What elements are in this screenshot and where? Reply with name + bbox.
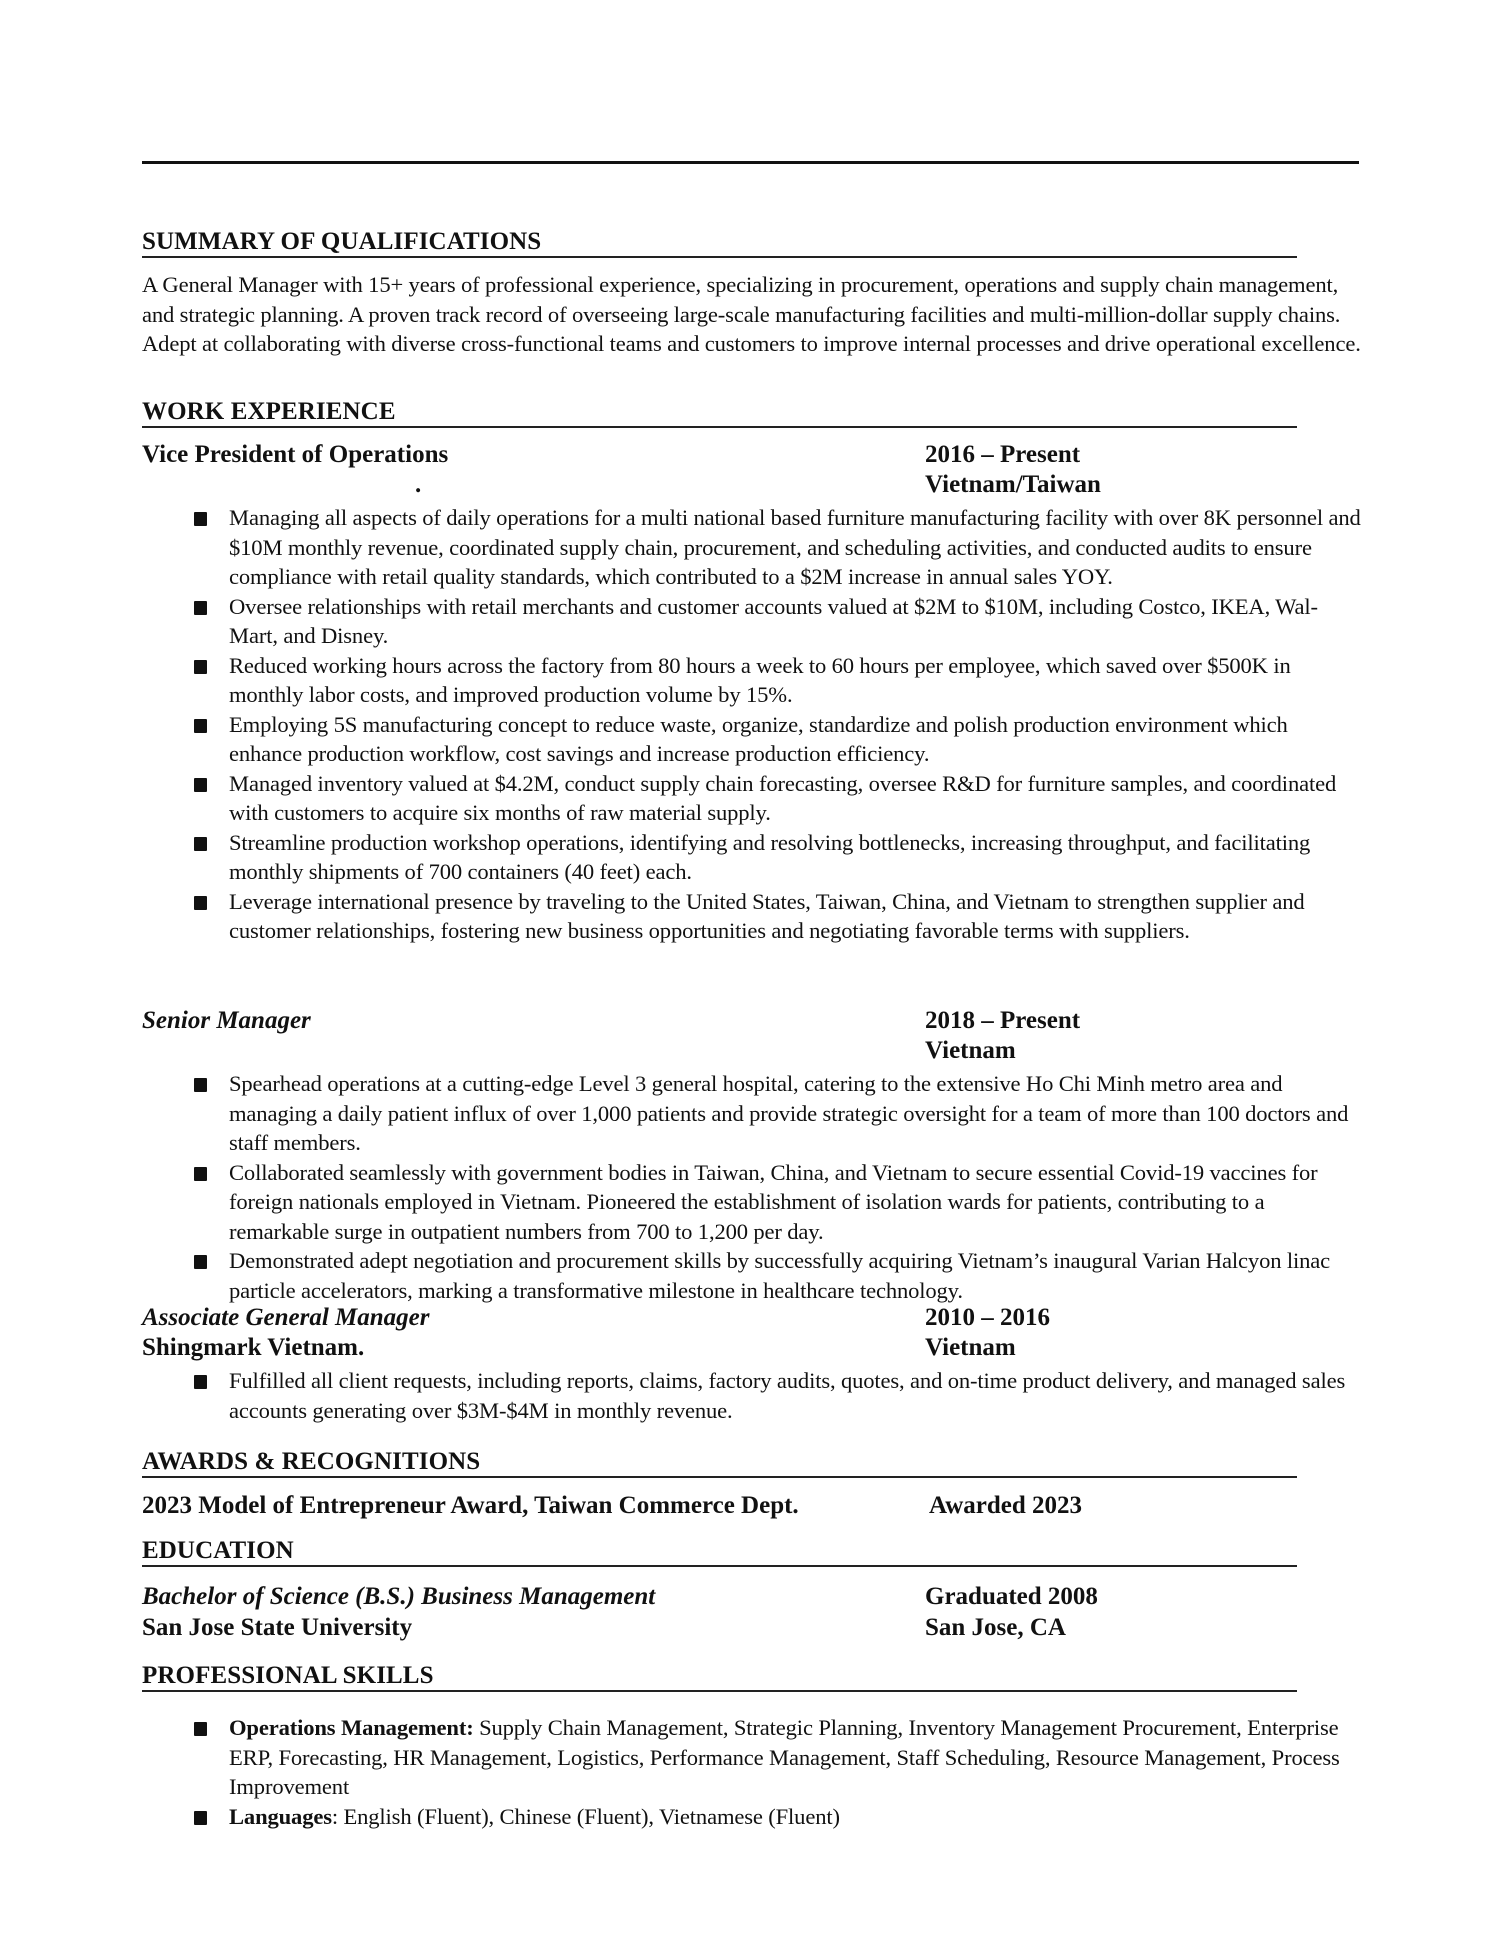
education-degree-row: Bachelor of Science (B.S.) Business Mana… [142,1582,1362,1612]
square-bullet-icon [194,1078,207,1092]
school: San Jose State University [142,1613,412,1643]
skill-item: Languages: English (Fluent), Chinese (Fl… [229,1802,1364,1832]
job-3-bullets: Fulfilled all client requests, including… [229,1366,1364,1425]
job-3-subheader: Shingmark Vietnam. Vietnam [142,1333,1362,1363]
square-bullet-icon [194,896,207,910]
list-item: Managed inventory valued at $4.2M, condu… [229,769,1364,828]
job-dates: 2016 – Present [925,440,1080,470]
square-bullet-icon [194,660,207,674]
job-2-bullets: Spearhead operations at a cutting-edge L… [229,1069,1364,1305]
award-date: Awarded 2023 [929,1491,1082,1521]
square-bullet-icon [194,719,207,733]
list-item: Employing 5S manufacturing concept to re… [229,710,1364,769]
square-bullet-icon [194,1255,207,1269]
job-2-header: Senior Manager 2018 – Present [142,1006,1362,1036]
list-item: Streamline production workshop operation… [229,828,1364,887]
job-company: Shingmark Vietnam. [142,1333,364,1363]
square-bullet-icon [194,512,207,526]
job-title: Senior Manager [142,1006,311,1036]
job-location: Vietnam/Taiwan [925,470,1101,500]
school-location: San Jose, CA [925,1613,1066,1643]
job-3-header: Associate General Manager 2010 – 2016 [142,1303,1362,1333]
job-location: Vietnam [925,1036,1016,1066]
job-1-header: Vice President of Operations 2016 – Pres… [142,440,1362,470]
skill-label: Languages [229,1804,332,1829]
education-school-row: San Jose State University San Jose, CA [142,1613,1362,1643]
skill-label: Operations Management: [229,1715,474,1740]
skills-heading: PROFESSIONAL SKILLS [142,1662,1297,1692]
list-item: Managing all aspects of daily operations… [229,503,1364,592]
awards-heading: AWARDS & RECOGNITIONS [142,1448,1297,1478]
list-item: Collaborated seamlessly with government … [229,1158,1364,1247]
job-title: Vice President of Operations [142,440,448,470]
graduation-date: Graduated 2008 [925,1582,1098,1612]
skills-list: Operations Management: Supply Chain Mana… [229,1713,1364,1831]
job-2-subheader: Vietnam [142,1036,1362,1066]
award-item: 2023 Model of Entrepreneur Award, Taiwan… [142,1491,1362,1521]
list-item: Fulfilled all client requests, including… [229,1366,1364,1425]
job-1-subheader: . Vietnam/Taiwan [142,470,1362,500]
list-item: Oversee relationships with retail mercha… [229,592,1364,651]
skill-item: Operations Management: Supply Chain Mana… [229,1713,1364,1802]
job-1-bullets: Managing all aspects of daily operations… [229,503,1364,946]
square-bullet-icon [194,601,207,615]
square-bullet-icon [194,1811,207,1825]
square-bullet-icon [194,1722,207,1736]
list-item: Reduced working hours across the factory… [229,651,1364,710]
education-heading: EDUCATION [142,1537,1297,1567]
job-dates: 2010 – 2016 [925,1303,1050,1333]
award-name: 2023 Model of Entrepreneur Award, Taiwan… [142,1491,799,1521]
summary-text: A General Manager with 15+ years of prof… [142,270,1362,359]
job-dates: 2018 – Present [925,1006,1080,1036]
list-item: Leverage international presence by trave… [229,887,1364,946]
job-location: Vietnam [925,1333,1016,1363]
degree: Bachelor of Science (B.S.) Business Mana… [142,1582,655,1612]
job-company: . [415,470,421,500]
job-title: Associate General Manager [142,1303,430,1333]
square-bullet-icon [194,1375,207,1389]
list-item: Demonstrated adept negotiation and procu… [229,1246,1364,1305]
square-bullet-icon [194,837,207,851]
list-item: Spearhead operations at a cutting-edge L… [229,1069,1364,1158]
work-experience-heading: WORK EXPERIENCE [142,398,1297,428]
header-rule [142,161,1359,164]
square-bullet-icon [194,778,207,792]
summary-heading: SUMMARY OF QUALIFICATIONS [142,228,1297,258]
skill-text: : English (Fluent), Chinese (Fluent), Vi… [332,1804,840,1829]
square-bullet-icon [194,1167,207,1181]
